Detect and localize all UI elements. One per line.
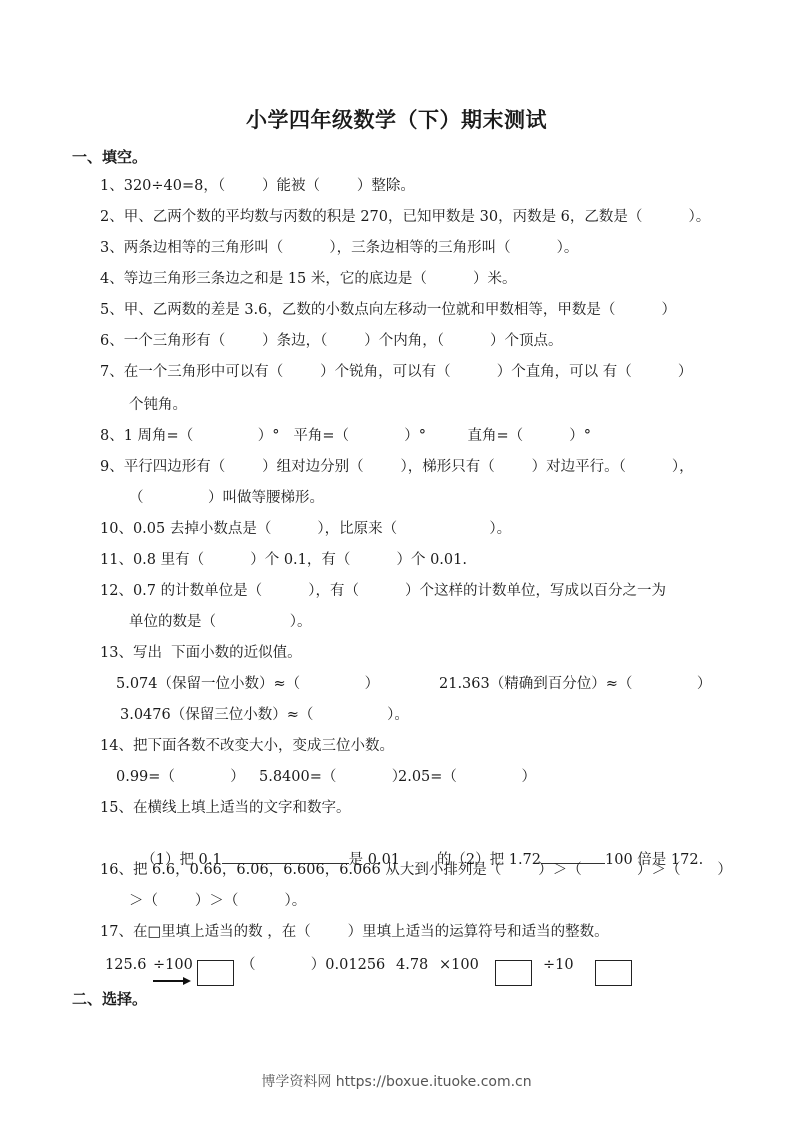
question-9-line-1: 9、平行四边形有（ ）组对边分别（ ），梯形只有（ ）对边平行。（ ）， [100,457,694,477]
q17-operation-divide-100: ÷100 [153,955,193,975]
arrow-line [153,980,185,982]
question-7-line-1: 7、在一个三角形中可以有（ ）个锐角，可以有（ ）个直角，可以 有（ ） [100,362,692,382]
question-3: 3、两条边相等的三角形叫（ ），三条边相等的三角形叫（ ）。 [100,238,578,258]
question-1: 1、320÷40=8，（ ）能被（ ）整除。 [100,176,415,196]
question-11: 11、0.8 里有（ ）个 0.1，有（ ）个 0.01. [100,550,467,570]
question-16-line-2: ＞（ ）＞（ ）。 [129,891,306,911]
q17-operation-multiply-100: ×100 [439,955,479,975]
question-17: 17、在□里填上适当的数 ，在（ ）里填上适当的运算符号和适当的整数。 [100,922,609,942]
q17-operation-divide-10: ÷10 [543,955,574,975]
arrow-head-icon [183,977,191,985]
q17-start-number: 125.6 [105,955,147,975]
question-13-part-a: 5.074（保留一位小数）≈（ ） [116,674,379,694]
question-12-line-1: 12、0.7 的计数单位是（ ），有（ ）个这样的计数单位，写成以百分之一为 [100,581,666,601]
question-13: 13、写出 下面小数的近似值。 [100,643,302,663]
question-6: 6、一个三角形有（ ）条边，（ ）个内角，（ ）个顶点。 [100,331,563,351]
question-14-part-a: 0.99=（ ） [116,767,245,787]
answer-box-3[interactable] [595,960,632,986]
question-16-line-1: 16、把 6.6，0.66，6.06，6.606，6.066 从大到小排列是（ … [100,860,732,880]
question-7-line-2: 个钝角。 [129,395,187,415]
question-9-line-2: （ ）叫做等腰梯形。 [129,488,324,508]
question-13-part-b: 21.363（精确到百分位）≈（ ） [439,674,711,694]
question-13-part-c: 3.0476（保留三位小数）≈（ ）。 [120,705,409,725]
question-8: 8、1 周角=（ ）° 平角=（ ）° 直角=（ ）° [100,426,591,446]
question-12-line-2: 单位的数是（ ）。 [129,612,312,632]
question-14: 14、把下面各数不改变大小，变成三位小数。 [100,736,394,756]
q17-start-number-2: 4.78 [396,955,428,975]
question-14-part-b: 5.8400=（ ） [259,767,406,787]
question-2: 2、甲、乙两个数的平均数与丙数的积是 270，已知甲数是 30，丙数是 6，乙数… [100,207,710,227]
question-10: 10、0.05 去掉小数点是（ ），比原来（ ）。 [100,519,511,539]
question-5: 5、甲、乙两数的差是 3.6，乙数的小数点向左移动一位就和甲数相等，甲数是（ ） [100,300,676,320]
question-15: 15、在横线上填上适当的文字和数字。 [100,798,350,818]
question-4: 4、等边三角形三条边之和是 15 米，它的底边是（ ）米。 [100,269,516,289]
section-heading-multiple-choice: 二、选择。 [72,988,147,1009]
q17-paren-result: （ ）0.01256 [241,955,385,975]
answer-box-1[interactable] [197,960,234,986]
footer-watermark: 博学资料网 https://boxue.ituoke.com.cn [0,1071,793,1091]
section-heading-fill-blank: 一、填空。 [72,146,147,167]
question-14-part-c: 2.05=（ ） [398,767,536,787]
page-title: 小学四年级数学（下）期末测试 [0,104,793,134]
answer-box-2[interactable] [495,960,532,986]
